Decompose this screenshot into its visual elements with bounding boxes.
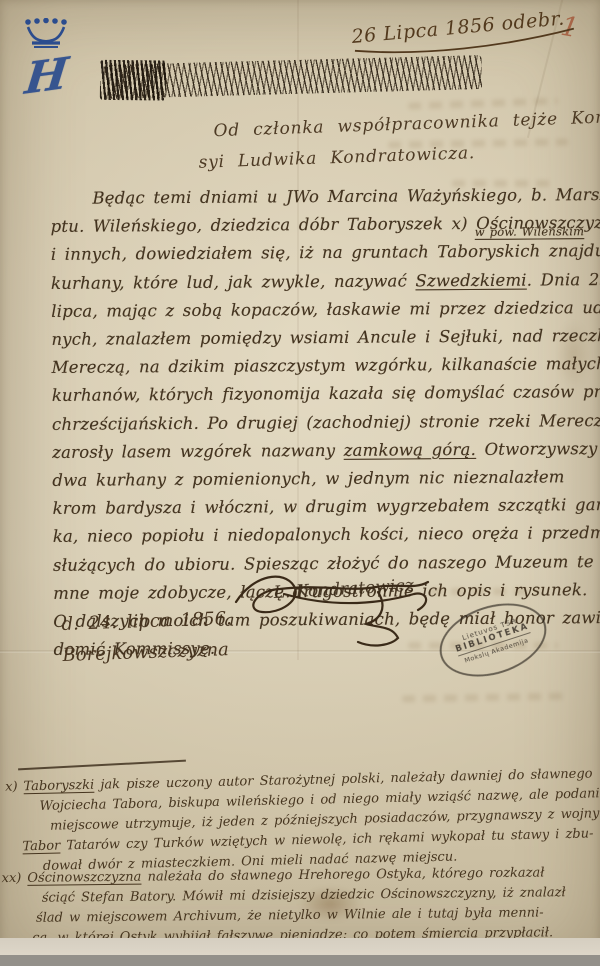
crown-monogram-stamp: H <box>22 18 82 118</box>
crown-icon <box>22 18 70 50</box>
body-text: kurhany, które lud, jak zwykle, nazywać <box>51 271 416 293</box>
body-line: lipca, mając z sobą kopaczów, łaskawie m… <box>51 294 591 326</box>
body-line: kurhany, które lud, jak zwykle, nazywać … <box>51 266 591 298</box>
scanner-background-strip <box>0 955 600 966</box>
dateline: d. 24. lipca 1856. Borejkowszczyzna <box>61 603 233 671</box>
underlined-word: Szwedzkiemi <box>415 270 526 290</box>
ink-blot <box>100 60 166 101</box>
footnote-text: należała do sławnego Hrehorego Ostyka, k… <box>141 865 544 884</box>
signature-flourish: L. Kondratowicz <box>222 562 452 654</box>
body-line: Mereczą, na dzikim piaszczystym wzgórku,… <box>52 350 592 382</box>
underlined-word: zamkową górą. <box>344 440 477 460</box>
body-text: znajdują się <box>549 241 600 261</box>
body-line: dwa kurhany z pomienionych, w jednym nic… <box>52 463 592 495</box>
crossed-out-line <box>104 55 483 99</box>
body-line: Będąc temi dniami u JWo Marcina Ważyński… <box>50 181 590 213</box>
underlined-word: Ościnowszczyzna <box>27 870 141 886</box>
body-line: zarosły lasem wzgórek nazwany zamkową gó… <box>52 435 592 467</box>
body-line: nych, znalazłem pomiędzy wsiami Ancule i… <box>51 322 591 354</box>
signature-block: L. Kondratowicz <box>222 562 452 654</box>
body-line: i innych, dowiedziałem się, iż na grunta… <box>51 238 591 270</box>
body-text: . Dnia 23. b. m <box>527 269 600 289</box>
ink-show-through <box>402 693 567 703</box>
letter-heading: Od członka współpracownika tejże Kommis-… <box>197 103 589 179</box>
inserted-text: w pow. Wileńskim <box>475 226 585 239</box>
footnote-marker: xx) <box>2 871 22 886</box>
scanned-letter-page: H 1 26 Lipca 1856 odebr. Od członka wspó… <box>0 0 600 966</box>
body-line: chrześcijańskich. Po drugiej (zachodniej… <box>52 407 592 439</box>
footnote-separator <box>18 760 186 771</box>
footnote-marker: x) <box>5 779 18 794</box>
monogram-letter: H <box>23 52 85 99</box>
body-line: ka, nieco popiołu i niedopalonych kości,… <box>53 520 593 552</box>
paper-bottom-edge <box>0 938 600 955</box>
body-line: krom bardysza i włóczni, w drugim wygrze… <box>52 491 592 523</box>
underlined-word: Taboryszki <box>23 778 94 795</box>
footnote-x: x)Taboryszki jak pisze uczony autor Star… <box>5 764 599 877</box>
body-text: zarosły lasem wzgórek nazwany <box>52 441 344 462</box>
body-line: kurhanów, których fizyonomija kazała się… <box>52 379 592 411</box>
underlined-word: Tabor <box>22 838 60 854</box>
body-text: i innych, dowiedziałem się, iż na grunta… <box>51 242 549 264</box>
body-text: Otworzywszy <box>476 439 598 459</box>
dateline-place: Borejkowszczyzna <box>62 634 233 671</box>
